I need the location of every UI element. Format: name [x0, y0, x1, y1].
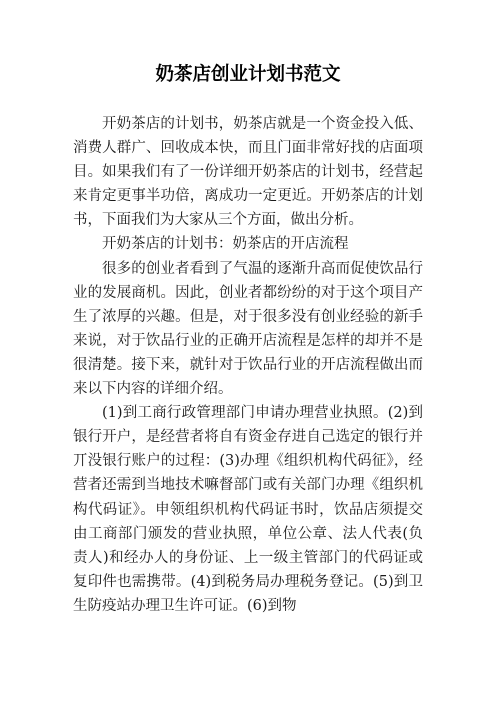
document-page: 奶茶店创业计划书范文 开奶茶店的计划书，奶茶店就是一个资金投入低、消费人群广、回…	[0, 0, 496, 702]
document-body: 开奶茶店的计划书，奶茶店就是一个资金投入低、消费人群广、回收成本快，而且门面非常…	[73, 112, 423, 618]
paragraph-intro: 开奶茶店的计划书，奶茶店就是一个资金投入低、消费人群广、回收成本快，而且门面非常…	[73, 112, 423, 232]
paragraph-section-heading: 开奶茶店的计划书：奶茶店的开店流程	[73, 232, 423, 256]
document-title: 奶茶店创业计划书范文	[0, 62, 496, 88]
paragraph-background: 很多的创业者看到了气温的逐渐升高而促使饮品行业的发展商机。因此，创业者都纷纷的对…	[73, 257, 423, 402]
paragraph-steps: (1)到工商行政管理部门申请办理营业执照。(2)到银行开户，是经营者将自有资金存…	[73, 401, 423, 618]
